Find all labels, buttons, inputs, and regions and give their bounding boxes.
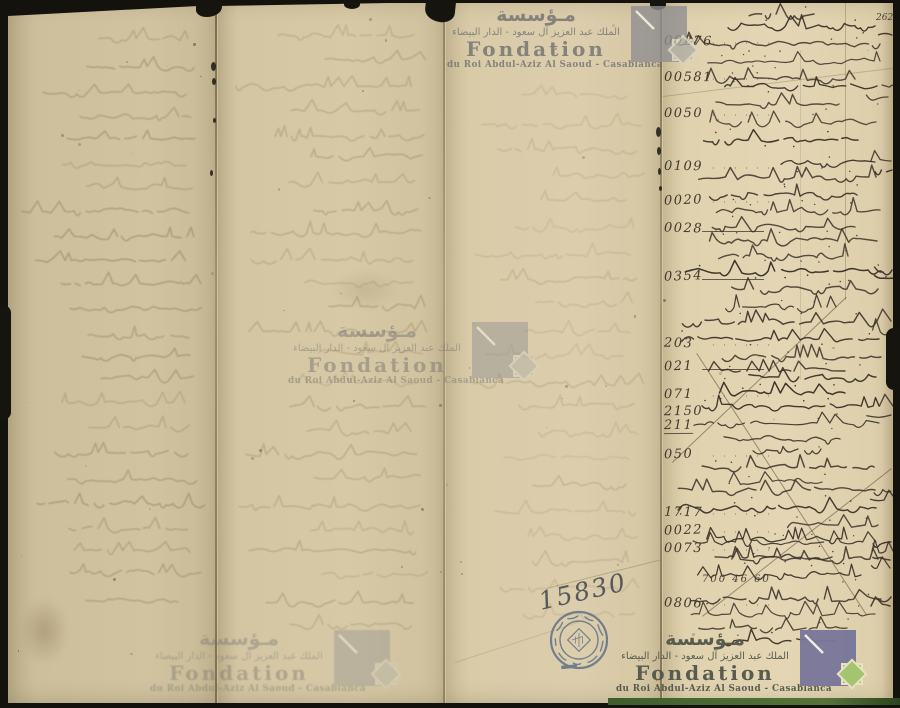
amount-label: 211 bbox=[664, 418, 694, 434]
amount-label: 0109 bbox=[664, 159, 703, 174]
paper-speck bbox=[634, 315, 636, 317]
paper-speck bbox=[166, 65, 168, 67]
ink-spot bbox=[212, 78, 216, 85]
bleed-through-text-line bbox=[80, 105, 194, 124]
handwritten-text-line bbox=[871, 404, 891, 423]
scanner-background-strip bbox=[608, 698, 900, 705]
handwritten-text-line bbox=[870, 595, 890, 614]
bleed-through-text-line bbox=[67, 127, 196, 146]
bleed-through-text-line bbox=[495, 500, 633, 519]
bleed-through-text-line bbox=[249, 320, 422, 339]
amount-rule bbox=[702, 279, 764, 280]
paper-speck bbox=[832, 347, 834, 349]
paper-speck bbox=[21, 555, 22, 556]
ink-spot bbox=[658, 168, 661, 175]
bleed-through-text-line bbox=[501, 268, 634, 287]
paper-speck bbox=[85, 465, 87, 467]
handwritten-text-line bbox=[872, 159, 892, 178]
ink-spot bbox=[657, 147, 661, 155]
bleed-through-text-line bbox=[278, 24, 415, 43]
amount-label: 203 bbox=[664, 336, 694, 352]
paper-speck bbox=[362, 90, 364, 92]
bleed-through-text-line bbox=[70, 561, 196, 580]
fold-highlight bbox=[662, 0, 663, 704]
ink-spot bbox=[211, 62, 216, 71]
amount-label: 0073 bbox=[664, 541, 703, 556]
bleed-through-text-line bbox=[290, 613, 414, 632]
paper-speck bbox=[565, 385, 568, 388]
amount-label: 021 bbox=[664, 359, 694, 375]
bleed-through-text-line bbox=[533, 550, 631, 569]
bleed-through-text-line bbox=[524, 320, 629, 339]
bleed-through-text-line bbox=[87, 175, 187, 194]
handwritten-text-line bbox=[733, 278, 878, 297]
handwritten-text-line bbox=[708, 129, 858, 148]
bleed-through-text-line bbox=[533, 474, 630, 493]
leader-dots: · · · · · · bbox=[712, 75, 773, 84]
amount-rule bbox=[702, 369, 764, 370]
circular-seal-stamp bbox=[541, 608, 615, 672]
amount-label: 0028 bbox=[664, 220, 703, 236]
bleed-through-text-line bbox=[319, 341, 422, 360]
leader-dots: · · · · · · bbox=[712, 198, 773, 207]
leader-dots: · · · · · · bbox=[712, 39, 773, 48]
handwritten-text-line bbox=[679, 328, 879, 347]
leader-dots: · · · · · · bbox=[712, 601, 773, 610]
amount-label: 0022 bbox=[664, 522, 704, 538]
paper-speck bbox=[149, 508, 151, 510]
amount-label: 0020 bbox=[664, 192, 704, 208]
stain bbox=[20, 598, 68, 664]
amount-label: 0806 bbox=[664, 595, 704, 611]
bleed-through-text-line bbox=[515, 216, 632, 235]
bleed-through-text-line bbox=[275, 125, 421, 144]
bleed-through-text-line bbox=[239, 495, 419, 514]
leader-dots: · · · · · · bbox=[712, 164, 773, 173]
bleed-through-text-line bbox=[88, 324, 192, 343]
bleed-through-text-line bbox=[314, 199, 414, 218]
bleed-through-text-line bbox=[74, 539, 192, 558]
bleed-through-text-line bbox=[541, 188, 627, 207]
paper-speck bbox=[78, 143, 81, 146]
amount-label: 050 bbox=[664, 447, 694, 463]
stain bbox=[330, 270, 400, 310]
leader-dots: · · · · · · bbox=[712, 510, 773, 519]
fold-highlight bbox=[445, 0, 446, 704]
handwritten-text-line bbox=[874, 267, 894, 286]
paper-speck bbox=[460, 561, 462, 563]
bleed-through-text-line bbox=[539, 421, 638, 440]
bleed-through-text-line bbox=[68, 468, 190, 487]
paper-tear bbox=[650, 0, 666, 10]
bleed-through-text-line bbox=[311, 519, 415, 538]
bleed-through-text-line bbox=[251, 248, 410, 267]
leader-dots: · · · · · · bbox=[712, 452, 773, 461]
bleed-through-text-line bbox=[55, 441, 190, 460]
bleed-through-text-line bbox=[266, 591, 414, 610]
amount-label: 00276 bbox=[664, 34, 713, 50]
bleed-through-text-line bbox=[99, 27, 185, 46]
bleed-through-text-line bbox=[474, 372, 638, 391]
bleed-through-text-line bbox=[290, 395, 421, 414]
bleed-through-text-line bbox=[519, 394, 631, 413]
paper-tear bbox=[886, 328, 900, 390]
amount-label: 071 bbox=[664, 387, 693, 402]
bleed-through-text-line bbox=[86, 589, 185, 608]
ink-spot bbox=[210, 170, 213, 176]
bleed-through-text-line bbox=[498, 138, 629, 157]
handwritten-text-line bbox=[870, 557, 890, 576]
bleed-through-text-line bbox=[246, 443, 415, 462]
entry-tag-number: 262 bbox=[876, 13, 893, 23]
bleed-through-text-line bbox=[87, 55, 197, 74]
handwritten-text-line bbox=[705, 50, 880, 69]
leader-dots: · · · · · · bbox=[712, 392, 773, 401]
bleed-through-text-line bbox=[289, 171, 417, 190]
bleed-through-text-line bbox=[291, 99, 414, 118]
bleed-through-text-line bbox=[504, 446, 636, 465]
leader-dots: · · · · · · bbox=[712, 546, 773, 555]
bleed-through-text-line bbox=[63, 153, 189, 172]
bleed-through-text-line bbox=[528, 525, 637, 544]
bleed-through-text-line bbox=[61, 272, 193, 291]
bleed-through-text-line bbox=[236, 75, 411, 94]
paper-speck bbox=[259, 449, 262, 452]
bleed-through-text-line bbox=[325, 48, 423, 67]
bleed-through-text-line bbox=[55, 225, 194, 244]
amount-label: 2150 bbox=[664, 404, 703, 419]
bleed-through-text-line bbox=[43, 81, 189, 100]
handwritten-text-line bbox=[725, 630, 835, 649]
fold-highlight bbox=[217, 0, 218, 704]
ink-spot bbox=[659, 186, 662, 191]
bleed-through-text-line bbox=[553, 164, 640, 183]
bleed-through-text-line bbox=[37, 492, 197, 511]
amount-label: 1717 bbox=[664, 505, 703, 521]
handwritten-text-line bbox=[868, 86, 888, 105]
handwritten-text-line bbox=[719, 93, 839, 112]
bleed-through-text-line bbox=[297, 371, 415, 390]
ink-spot bbox=[213, 118, 216, 123]
leader-dots: · · · · · · bbox=[712, 111, 773, 120]
amount-label: 0354 bbox=[664, 268, 704, 284]
handwritten-text-line bbox=[725, 15, 875, 34]
bleed-through-text-line bbox=[536, 291, 629, 310]
paper-speck bbox=[421, 508, 424, 511]
bleed-through-text-line bbox=[522, 83, 634, 102]
paper-speck bbox=[692, 633, 695, 636]
paper-speck bbox=[369, 18, 372, 21]
paper-speck bbox=[340, 293, 342, 295]
bleed-through-text-line bbox=[251, 221, 419, 240]
leader-dots: · · · · · · bbox=[712, 528, 773, 537]
bleed-through-text-line bbox=[322, 563, 424, 582]
sub-amounts: 700 46 60 bbox=[702, 574, 771, 585]
manuscript-scan: 00276· · · · · ·26200581· · · · · ·0050·… bbox=[0, 0, 900, 708]
bleed-through-text-line bbox=[475, 243, 629, 262]
bleed-through-text-line bbox=[307, 420, 413, 439]
bleed-through-text-line bbox=[101, 367, 192, 386]
paper-tear bbox=[344, 0, 360, 9]
amount-label: 00581 bbox=[664, 70, 713, 86]
bleed-through-text-line bbox=[70, 297, 196, 316]
bleed-through-text-line bbox=[36, 249, 186, 268]
handwritten-text-line bbox=[691, 260, 881, 279]
handwritten-text-line bbox=[680, 479, 875, 498]
ink-spot bbox=[656, 127, 661, 137]
handwritten-text-line bbox=[876, 24, 892, 43]
amount-rule bbox=[702, 231, 764, 232]
bleed-through-text-line bbox=[311, 145, 420, 164]
bleed-through-text-line bbox=[62, 391, 185, 410]
bleed-through-text-line bbox=[486, 343, 626, 362]
bleed-through-text-line bbox=[314, 466, 414, 485]
paper-speck bbox=[582, 156, 585, 159]
bleed-through-text-line bbox=[69, 517, 184, 536]
paper-speck bbox=[353, 400, 355, 402]
leader-dots: · · · · · · bbox=[712, 341, 773, 350]
paper-speck bbox=[428, 197, 430, 199]
bleed-through-text-line bbox=[482, 113, 638, 132]
bleed-through-text-line bbox=[249, 539, 420, 558]
paper-tear bbox=[0, 305, 11, 420]
paper-speck bbox=[385, 39, 388, 42]
paper-speck bbox=[717, 119, 719, 121]
bleed-through-text-line bbox=[82, 345, 194, 364]
bleed-through-text-line bbox=[89, 416, 195, 435]
bleed-through-text-line bbox=[22, 200, 187, 219]
paper-speck bbox=[193, 43, 195, 45]
amount-label: 0050 bbox=[664, 106, 703, 121]
